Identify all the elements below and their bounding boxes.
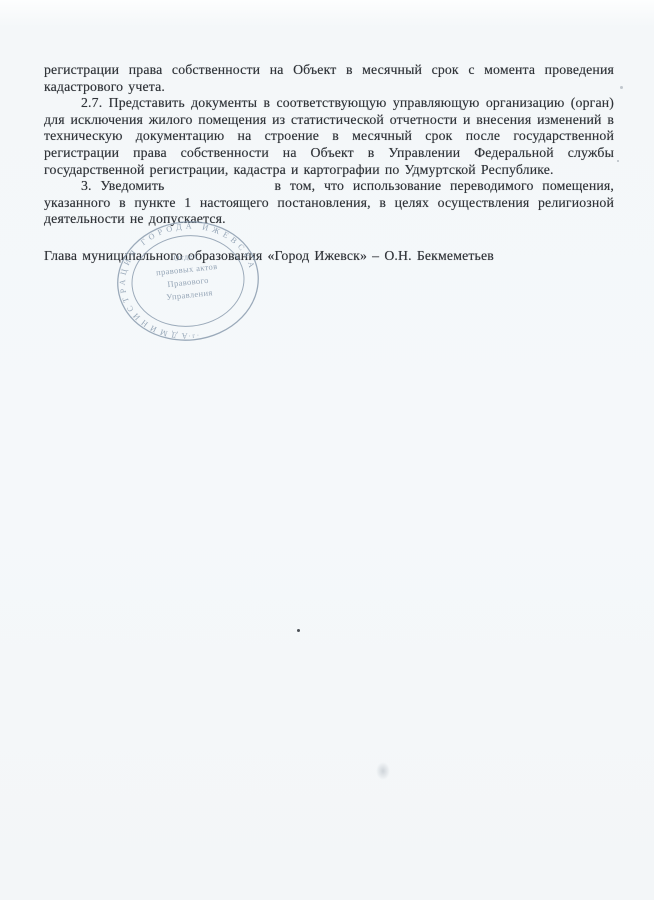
signature-line: Глава муниципального образования «Город … bbox=[44, 248, 614, 265]
stamp-bottom-mark: · г · bbox=[188, 332, 200, 340]
scan-speck bbox=[297, 629, 300, 632]
stamp-center-line-3: Правового bbox=[167, 275, 209, 289]
paragraph-3: 3. Уведомитьв том, что использование пер… bbox=[44, 178, 614, 228]
scan-smudge bbox=[376, 762, 390, 780]
scan-speck bbox=[620, 86, 623, 89]
scanned-document-page: регистрации права собственности на Объек… bbox=[0, 0, 654, 900]
paragraph-2-7: 2.7. Представить документы в соответству… bbox=[44, 95, 614, 178]
stamp-center-line-4: Управления bbox=[166, 287, 213, 302]
paragraph-3-lead: 3. Уведомить bbox=[81, 178, 164, 193]
scan-speck bbox=[617, 160, 619, 162]
blank-name-gap bbox=[164, 189, 274, 190]
paragraph-registration-continuation: регистрации права собственности на Объек… bbox=[44, 62, 614, 95]
document-text-block: регистрации права собственности на Объек… bbox=[44, 62, 614, 265]
